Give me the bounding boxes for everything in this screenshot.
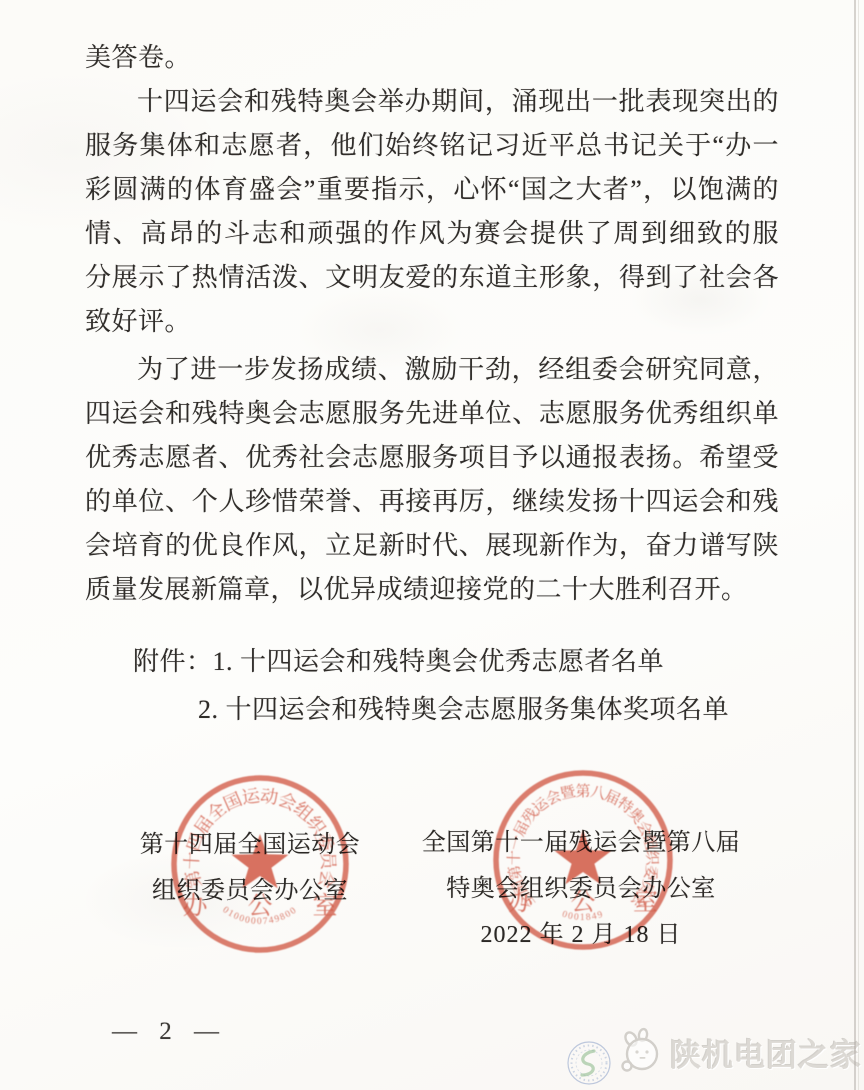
text-line: 四运会和残特奥会志愿服务先进单位、志愿服务优秀组织单位、 [85,392,779,436]
text-line: 情、高昂的斗志和顽强的作风为赛会提供了周到细致的服务，充 [85,212,779,256]
mascot-icon [614,1026,666,1078]
scan-edge-line [854,0,856,1090]
seal-left-star-icon [232,834,289,888]
watermark: 陕机电团之家 [614,1026,862,1078]
scan-edge-line [858,0,859,1090]
seal-right-star-icon [555,830,612,884]
text-line: 致好评。 [85,300,779,344]
blue-emblem-stamp-icon [564,1038,614,1088]
text-line: 为了进一步发扬成绩、激励干劲，经组委会研究同意，对十 [85,348,779,392]
official-seal-right-icon: 全国第十一届残运会暨第八届特奥会组织委员会 办公室 0001849 [483,760,683,960]
text-line: 分展示了热情活泼、文明友爱的东道主形象，得到了社会各界一 [85,256,779,300]
seal-left-center-text: 办公室 [183,892,338,920]
attachment-list: 附件：1. 十四运会和残特奥会优秀志愿者名单 2. 十四运会和残特奥会志愿服务集… [85,638,779,734]
text-line: 十四运会和残特奥会举办期间，涌现出一批表现突出的志愿 [85,80,779,124]
text-line: 优秀志愿者、优秀社会志愿服务项目予以通报表扬。希望受表扬 [85,436,779,480]
body-text: 美答卷。 十四运会和残特奥会举办期间，涌现出一批表现突出的志愿 服务集体和志愿者… [85,36,779,612]
official-seal-left-icon: 第十四届全国运动会组织委员会 办公室 0100000749800 [160,764,360,964]
text-line: 会培育的优良作风，立足新时代、展现新作为，奋力谱写陕西高 [85,524,779,568]
document-page: 美答卷。 十四运会和残特奥会举办期间，涌现出一批表现突出的志愿 服务集体和志愿者… [0,0,864,1090]
text-line: 的单位、个人珍惜荣誉、再接再厉，继续发扬十四运会和残特奥 [85,480,779,524]
text-line: 服务集体和志愿者，他们始终铭记习近平总书记关于“办一届精 [85,124,779,168]
watermark-text: 陕机电团之家 [670,1030,862,1075]
seal-right-center-text: 办公室 [508,888,658,916]
page-number: — 2 — [112,1018,227,1046]
attachment-line: 2. 十四运会和残特奥会志愿服务集体奖项名单 [198,686,779,734]
attachment-line: 附件：1. 十四运会和残特奥会优秀志愿者名单 [133,638,779,686]
text-line: 彩圆满的体育盛会”重要指示，心怀“国之大者”，以饱满的热 [85,168,779,212]
text-line: 美答卷。 [85,36,779,80]
text-line: 质量发展新篇章，以优异成绩迎接党的二十大胜利召开。 [85,568,779,612]
